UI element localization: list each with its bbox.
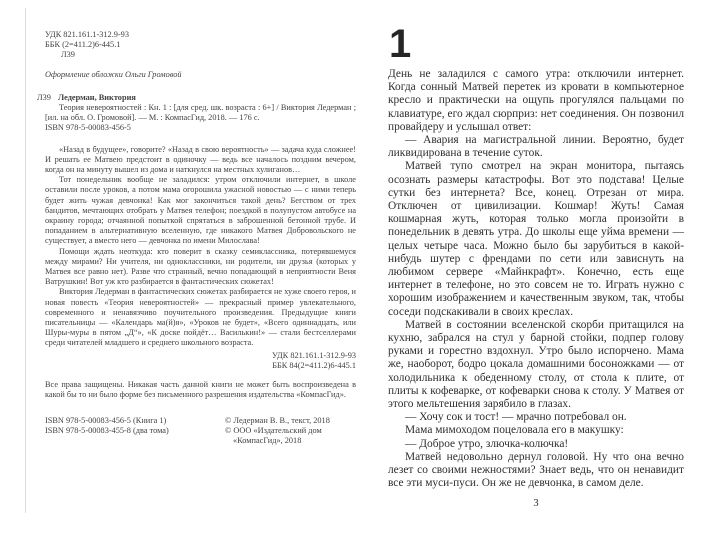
- copyright-line: «КомпасГид», 2018: [225, 436, 356, 446]
- classification-codes-right: УДК 821.161.1-312.9-93ББК 84(2=411.2)6-4…: [45, 351, 356, 371]
- left-page-imprint: УДК 821.161.1-312.9-93ББК (2=411.2)6-445…: [45, 30, 356, 446]
- classification-code-line: ББК 84(2=411.2)6-445.1: [45, 361, 356, 371]
- body-paragraph: Матвей тупо смотрел на экран монитора, п…: [388, 160, 684, 318]
- catalog-description: Теория невероятностей : Кн. 1 : [для сре…: [45, 103, 356, 123]
- annotation-paragraph: Тот понедельник вообще не заладился: утр…: [45, 175, 356, 246]
- body-text: День не заладился с самого утра: отключи…: [388, 68, 684, 491]
- cover-design-credit: Оформление обложки Ольги Громовой: [45, 70, 356, 80]
- annotation-paragraph: Виктория Ледерман в фантастических сюжет…: [45, 287, 356, 348]
- chapter-number: 1: [389, 24, 684, 68]
- body-paragraph: Мама мимоходом поцеловала его в макушку:: [388, 424, 684, 437]
- catalog-entry-head: Л39Ледерман, Виктория: [37, 93, 356, 103]
- copyright-line: © Ледерман В. В., текст, 2018: [225, 416, 356, 426]
- body-paragraph: Матвей в состоянии вселенской скорби при…: [388, 319, 684, 411]
- annotation-paragraph: «Назад в будущее», говорите? «Назад в св…: [45, 145, 356, 176]
- copyright-list: © Ледерман В. В., текст, 2018© ООО «Изда…: [225, 416, 356, 447]
- isbn-line: ISBN 978-5-00083-456-5 (Книга 1): [45, 416, 225, 426]
- body-paragraph: — Авария на магистральной линии. Вероятн…: [388, 134, 684, 160]
- author-sign-code: Л39: [37, 93, 58, 103]
- rights-notice: Все права защищены. Никакая часть данной…: [45, 380, 356, 400]
- body-paragraph: — Доброе утро, злючка-колючка!: [388, 438, 684, 451]
- book-spread: УДК 821.161.1-312.9-93ББК (2=411.2)6-445…: [0, 0, 720, 540]
- copyright-line: © ООО «Издательский дом: [225, 426, 356, 436]
- isbn-copyright-block: ISBN 978-5-00083-456-5 (Книга 1)ISBN 978…: [45, 416, 356, 447]
- annotation-text: «Назад в будущее», говорите? «Назад в св…: [45, 145, 356, 349]
- catalog-entry: Л39Ледерман, Виктория Теория невероятнос…: [45, 93, 356, 134]
- body-paragraph: Матвей недовольно дернул головой. Ну что…: [388, 451, 684, 491]
- body-paragraph: День не заладился с самого утра: отключи…: [388, 68, 684, 134]
- classification-code-line: УДК 821.161.1-312.9-93: [45, 30, 356, 40]
- classification-code-line: Л39: [45, 50, 356, 60]
- catalog-isbn: ISBN 978-5-00083-456-5: [45, 123, 356, 133]
- isbn-list: ISBN 978-5-00083-456-5 (Книга 1)ISBN 978…: [45, 416, 225, 447]
- catalog-author: Ледерман, Виктория: [58, 93, 136, 102]
- body-paragraph: — Хочу сок и тост! — мрачно потребовал о…: [388, 411, 684, 424]
- classification-code-line: ББК (2=411.2)6-445.1: [45, 40, 356, 50]
- classification-code-line: УДК 821.161.1-312.9-93: [45, 351, 356, 361]
- isbn-line: ISBN 978-5-00083-455-8 (два тома): [45, 426, 225, 436]
- right-page-chapter: 1 День не заладился с самого утра: отклю…: [388, 24, 684, 509]
- page-number: 3: [388, 498, 684, 509]
- page-edge-line: [25, 8, 26, 513]
- annotation-paragraph: Помощи ждать неоткуда: кто поверит в ска…: [45, 247, 356, 288]
- classification-codes-top: УДК 821.161.1-312.9-93ББК (2=411.2)6-445…: [45, 30, 356, 61]
